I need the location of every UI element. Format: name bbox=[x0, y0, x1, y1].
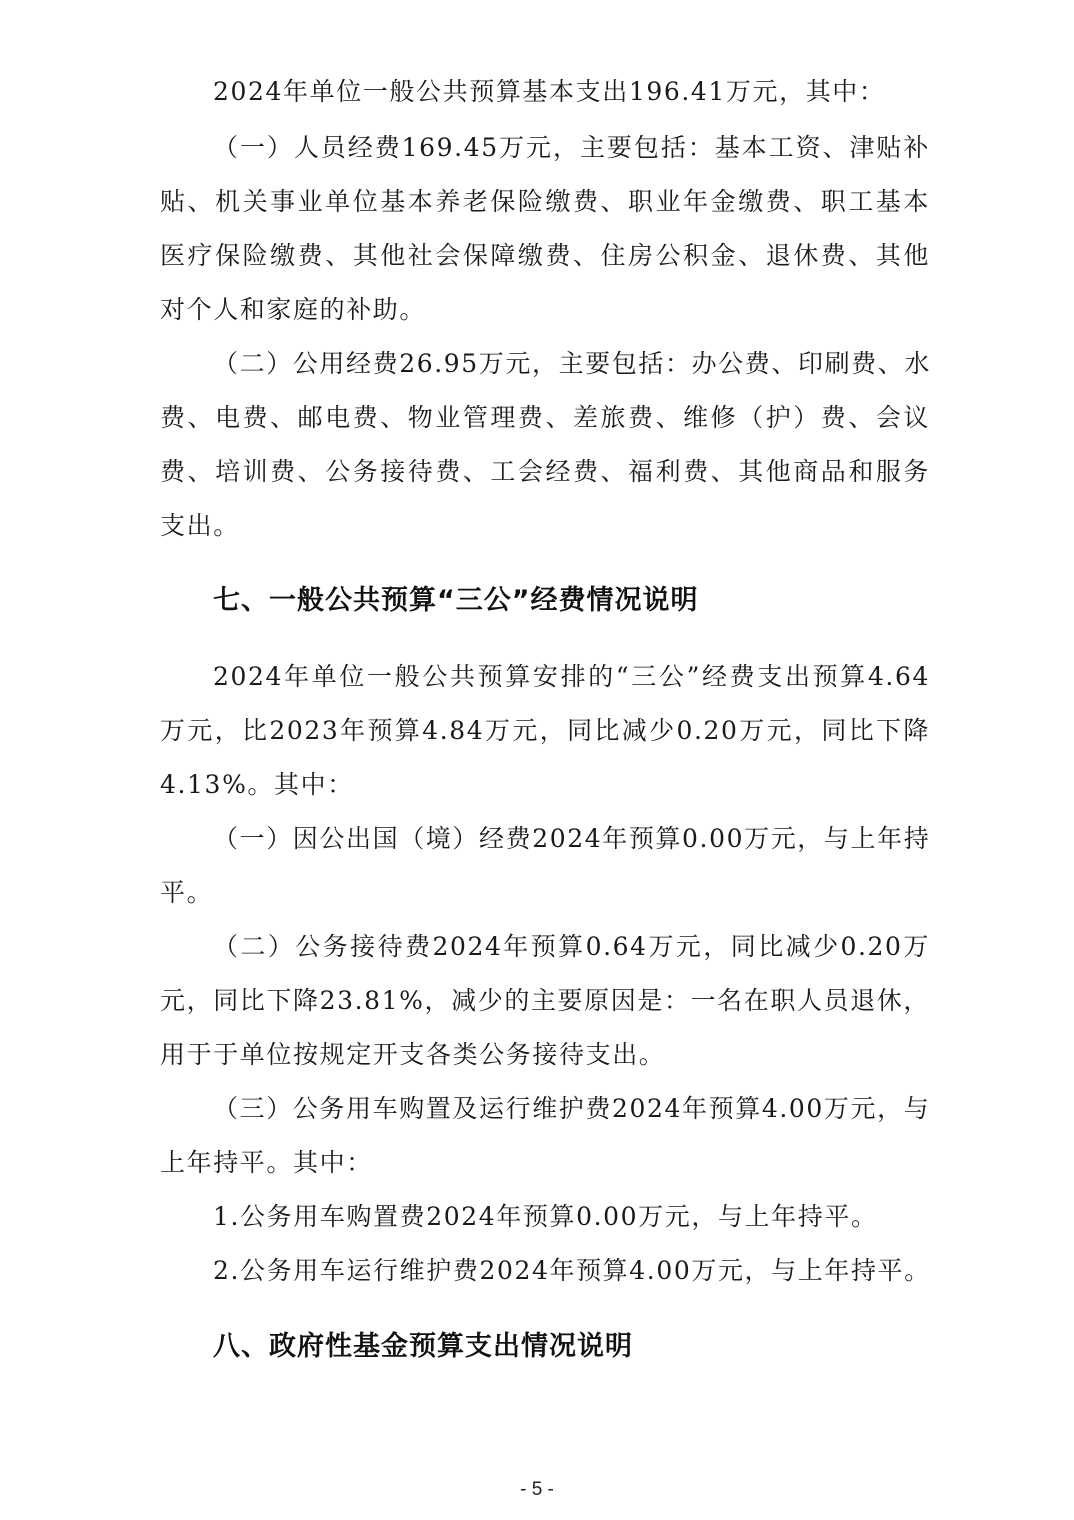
paragraph-basic-expenditure-intro: 2024年单位一般公共预算基本支出196.41万元，其中： bbox=[213, 77, 930, 107]
paragraph-public-expenses-cont: 费、电费、邮电费、物业管理费、差旅费、维修（护）费、会议 bbox=[160, 403, 930, 433]
paragraph-overseas-travel-end: 平。 bbox=[160, 878, 930, 908]
paragraph-three-public-summary-end: 4.13%。其中： bbox=[160, 770, 930, 800]
section-heading-government-fund: 八、政府性基金预算支出情况说明 bbox=[213, 1331, 633, 1363]
document-page: 2024年单位一般公共预算基本支出196.41万元，其中： （一）人员经费169… bbox=[0, 0, 1074, 1520]
paragraph-personnel-expenses-cont: 贴、机关事业单位基本养老保险缴费、职业年金缴费、职工基本 bbox=[160, 187, 930, 217]
list-item-vehicle-purchase: 1.公务用车购置费2024年预算0.00万元，与上年持平。 bbox=[213, 1202, 930, 1232]
paragraph-official-reception-cont: 元，同比下降23.81%，减少的主要原因是：一名在职人员退休， bbox=[160, 986, 930, 1016]
paragraph-three-public-summary-cont: 万元，比2023年预算4.84万元，同比减少0.20万元，同比下降 bbox=[160, 716, 930, 746]
paragraph-official-vehicles-end: 上年持平。其中： bbox=[160, 1148, 930, 1178]
paragraph-personnel-expenses: （一）人员经费169.45万元，主要包括：基本工资、津贴补 bbox=[213, 133, 930, 163]
paragraph-public-expenses-end: 支出。 bbox=[160, 511, 930, 541]
paragraph-public-expenses-cont: 费、培训费、公务接待费、工会经费、福利费、其他商品和服务 bbox=[160, 457, 930, 487]
paragraph-official-reception: （二）公务接待费2024年预算0.64万元，同比减少0.20万 bbox=[213, 932, 930, 962]
paragraph-public-expenses: （二）公用经费26.95万元，主要包括：办公费、印刷费、水 bbox=[213, 349, 930, 379]
paragraph-official-vehicles: （三）公务用车购置及运行维护费2024年预算4.00万元，与 bbox=[213, 1094, 930, 1124]
paragraph-three-public-summary: 2024年单位一般公共预算安排的“三公”经费支出预算4.64 bbox=[213, 662, 930, 692]
paragraph-official-reception-end: 用于于单位按规定开支各类公务接待支出。 bbox=[160, 1040, 930, 1070]
paragraph-overseas-travel: （一）因公出国（境）经费2024年预算0.00万元，与上年持 bbox=[213, 824, 930, 854]
page-number: - 5 - bbox=[0, 1479, 1074, 1501]
list-item-vehicle-maintenance: 2.公务用车运行维护费2024年预算4.00万元，与上年持平。 bbox=[213, 1256, 930, 1286]
paragraph-personnel-expenses-end: 对个人和家庭的补助。 bbox=[160, 295, 930, 325]
section-heading-three-public-expenses: 七、一般公共预算“三公”经费情况说明 bbox=[213, 585, 699, 617]
paragraph-personnel-expenses-cont: 医疗保险缴费、其他社会保障缴费、住房公积金、退休费、其他 bbox=[160, 241, 930, 271]
